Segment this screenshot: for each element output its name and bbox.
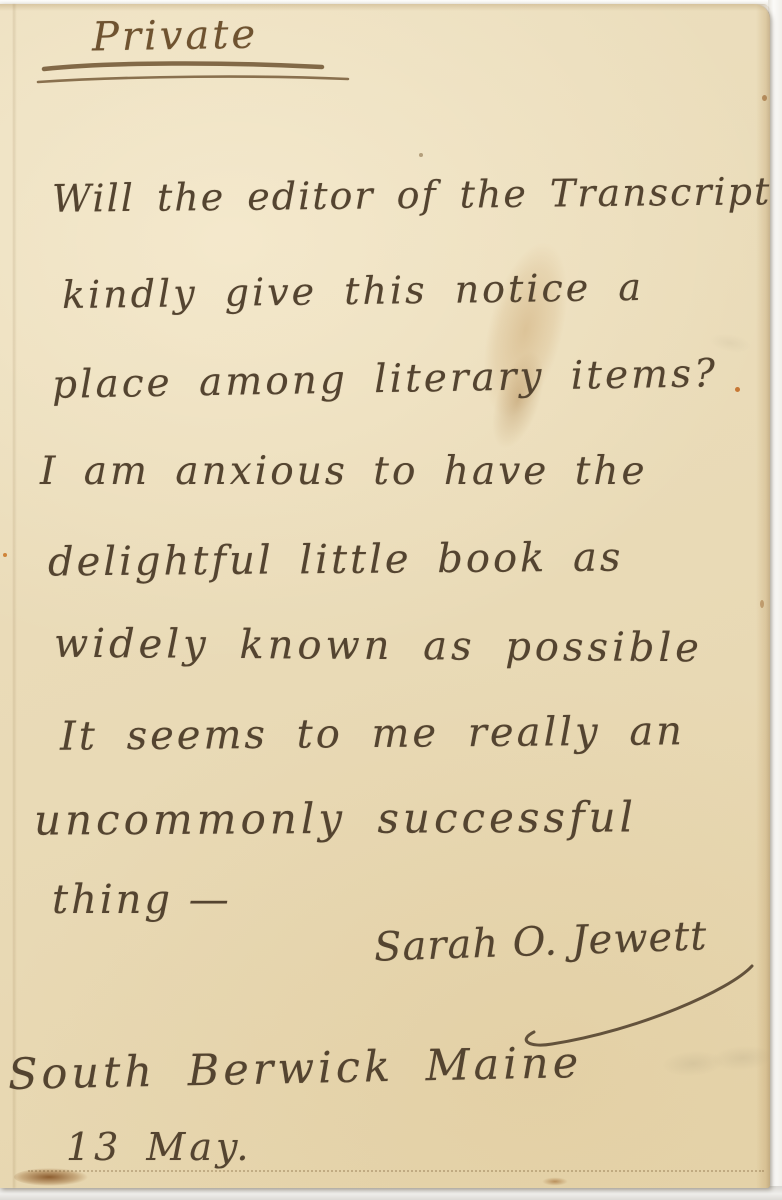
- scan-background-bottom: [0, 1186, 782, 1200]
- paper-speck: [762, 95, 767, 101]
- letter-line: place among literary items?: [52, 354, 719, 405]
- closing-place: South Berwick Maine: [8, 1042, 583, 1097]
- letter-line: widely known as possible: [54, 624, 703, 669]
- letter-line: I am anxious to have the: [40, 452, 648, 491]
- closing-date: 13 May.: [66, 1128, 253, 1166]
- letter-line: uncommonly successful: [34, 796, 637, 841]
- letter-line: Will the editor of the Transcript: [52, 172, 772, 218]
- paper-speck: [419, 153, 423, 157]
- paper-crease: [13, 4, 16, 1188]
- letter-line: kindly give this notice a: [62, 268, 644, 314]
- bottom-dotted-rule: [28, 1170, 764, 1172]
- heading-underline: [38, 58, 368, 92]
- letter-heading: Private: [92, 15, 259, 58]
- letter-line: It seems to me really an: [60, 711, 685, 756]
- paper-top-edge: [0, 4, 770, 11]
- letter-line: delightful little book as: [48, 537, 624, 582]
- paper-speck: [735, 387, 740, 392]
- letter-line: thing —: [52, 880, 232, 920]
- letter-scan: Private Will the editor of the Transcrip…: [0, 0, 782, 1200]
- paper-speck: [3, 553, 7, 557]
- paper-speck: [760, 600, 764, 608]
